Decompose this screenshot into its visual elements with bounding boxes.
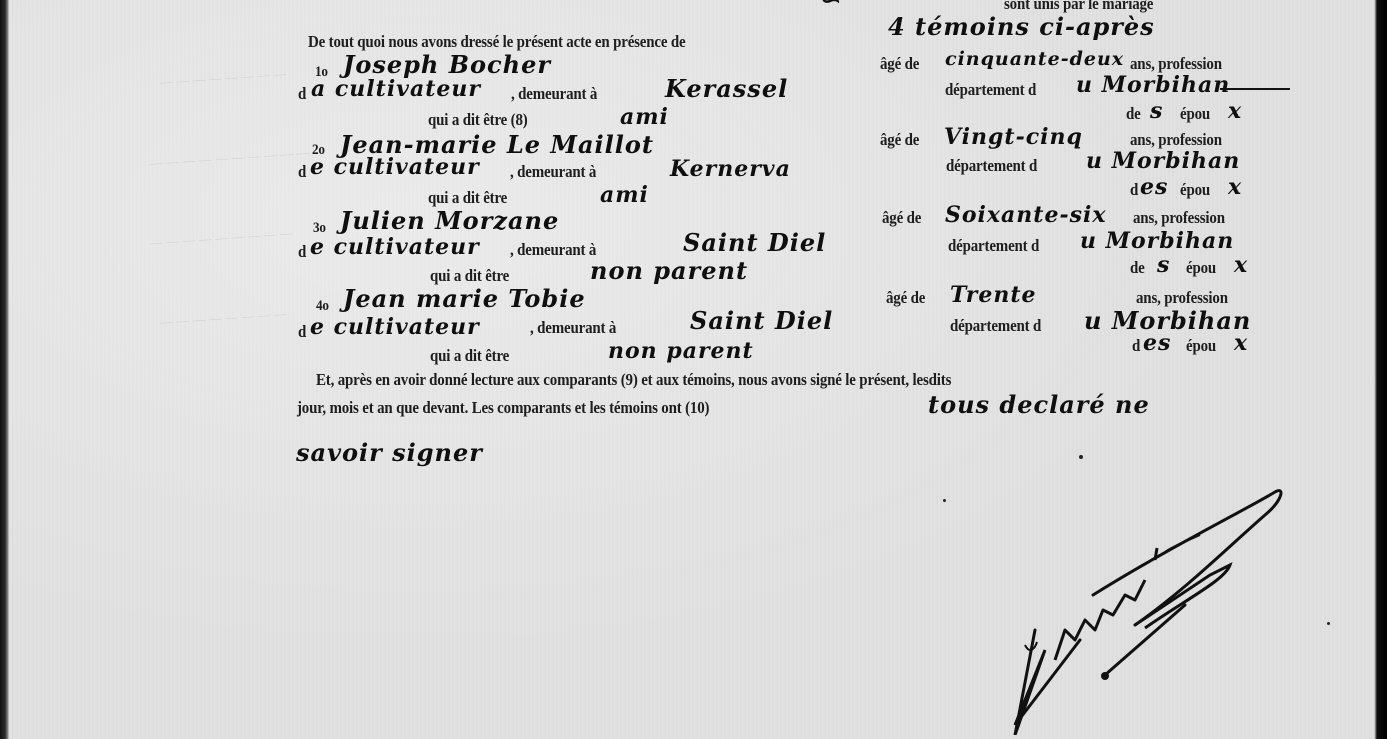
witness-4-name: Jean marie Tobie [343,284,586,313]
closing-line-1: Et, après en avoir donné lecture aux com… [316,370,951,390]
mayor-signature [985,470,1295,735]
witness-1-department: u Morbihan [1076,72,1230,98]
witness-2-residence: Kernerva [670,156,791,182]
scanned-page: — — — — — — — — — — — — — — — — — — — — … [0,0,1387,739]
witness-4-ans-label: ans, profession [1136,288,1228,308]
witness-4-relation: non parent [608,338,754,364]
witness-3-spouse-suffix-hw: x [1234,252,1248,278]
witness-2-profession: e cultivateur [310,154,480,180]
witness-1-relation-label: qui a dit être (8) [428,110,528,130]
witness-3-relation-label: qui a dit être [430,266,509,286]
closing-handwritten-b: savoir signer [296,438,483,467]
bleed-through-text: — — — — — — — — — [150,225,294,251]
witness-2-department: u Morbihan [1086,148,1240,174]
witness-2-age: Vingt-cinq [944,124,1083,150]
witness-2-spouse-suffix: épou [1180,180,1210,200]
witness-2-spouse-prefix: d [1130,180,1138,200]
witness-3-age: Soixante-six [945,202,1106,228]
witness-4-residence: Saint Diel [690,306,833,335]
page-left-edge [0,0,9,739]
witness-2-spouse-suffix-hw: x [1228,174,1242,200]
witness-3-relation: non parent [590,256,748,285]
closing-line-2: jour, mois et an que devant. Les compara… [297,398,709,418]
witness-1-spouse-hw: s [1150,98,1163,124]
ink-speck [943,499,946,502]
witness-4-spouse-suffix-hw: x [1234,330,1248,356]
witness-2-age-label: âgé de [880,130,919,150]
bleed-through-text: — — — — — — — — — — [150,144,310,171]
witness-3-dept-label: département d [948,236,1039,256]
witness-1-prof-prefix: d [298,84,306,104]
witness-3-profession: e cultivateur [310,234,480,260]
witness-2-residence-label: , demeurant à [510,162,596,182]
witness-1-age: cinquante-deux [945,48,1124,70]
presence-printed: De tout quoi nous avons dressé le présen… [308,32,686,52]
bleed-through-text: — — — — — — — — [160,66,288,91]
witness-1-dept-label: département d [945,80,1036,100]
witness-4-dept-label: département d [950,316,1041,336]
witness-1-spouse-suffix-hw: x [1228,98,1242,124]
witness-4-prof-prefix: d [298,322,306,342]
witness-4-age: Trente [950,282,1037,308]
witness-3-ans-label: ans, profession [1133,208,1225,228]
witness-1-spouse-prefix: de [1126,104,1141,124]
witness-3-age-label: âgé de [882,208,921,228]
witness-4-relation-label: qui a dit être [430,346,509,366]
witness-1-profession: a cultivateur [311,76,481,102]
witness-2-relation-label: qui a dit être [428,188,507,208]
witness-3-residence-label: , demeurant à [510,240,596,260]
witness-3-spouse-hw: s [1157,252,1170,278]
witness-4-spouse-suffix: épou [1186,336,1216,356]
ink-speck [1327,622,1330,625]
witness-4-residence-label: , demeurant à [530,318,616,338]
presence-handwritten: 4 témoins ci-après [888,12,1155,41]
witness-2-ans-label: ans, profession [1130,130,1222,150]
witness-1-relation: ami [620,104,669,130]
witness-3-spouse-suffix: épou [1186,258,1216,278]
witness-2-relation: ami [600,182,649,208]
bleed-through-text: — — — — — — — — [160,306,288,331]
witness-4-spouse-hw: es [1143,330,1171,356]
witness-1-age-label: âgé de [880,54,919,74]
witness-4-number: 4o [316,298,329,315]
witness-3-spouse-prefix: de [1130,258,1145,278]
witness-1-name: Joseph Bocher [343,50,551,79]
witness-1-spouse-suffix: épou [1180,104,1210,124]
witness-1-ans-label: ans, profession [1130,54,1222,74]
witness-2-spouse-hw: es [1140,174,1168,200]
witness-2-dept-label: département d [946,156,1037,176]
witness-1-residence: Kerassel [665,74,788,103]
filler-line [1220,88,1290,90]
handwritten-fragment: ∽ [820,0,843,16]
closing-handwritten-a: tous declaré ne [928,390,1150,419]
witness-3-department: u Morbihan [1080,228,1234,254]
witness-4-age-label: âgé de [886,288,925,308]
witness-4-profession: e cultivateur [310,314,480,340]
ink-speck [1079,455,1083,459]
witness-2-prof-prefix: d [298,162,306,182]
witness-3-residence: Saint Diel [683,228,826,257]
witness-3-prof-prefix: d [298,242,306,262]
page-right-edge [1374,0,1387,739]
witness-4-spouse-prefix: d [1132,336,1140,356]
witness-1-residence-label: , demeurant à [511,84,597,104]
witness-3-name: Julien Morzane [340,206,559,235]
